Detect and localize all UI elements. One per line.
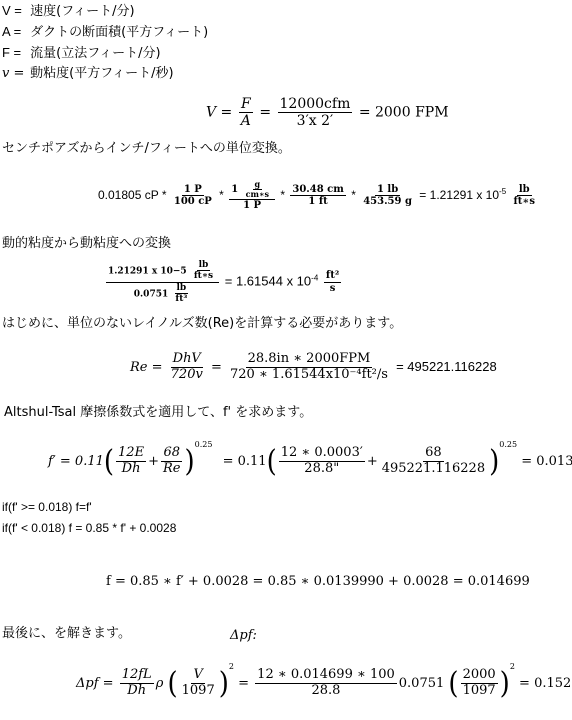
lhs: f′ = 0.11 [48, 454, 104, 469]
density: 0.0751 [399, 676, 445, 691]
definition-v: V = 速度(フィート/分) [2, 3, 208, 24]
numerator: 12E [116, 446, 146, 462]
equals: = [211, 360, 222, 375]
fraction-v-1097: V1097 [180, 668, 217, 699]
right-paren: ) [184, 444, 194, 479]
numerator: 1 P [182, 184, 204, 197]
numerator: lb [197, 260, 211, 271]
plus: + [148, 454, 159, 469]
right-paren: ) [219, 666, 229, 701]
numerator: 68 [161, 446, 182, 462]
fraction-68-re: 68Re [161, 446, 182, 477]
numerator: 68 [423, 446, 444, 462]
numerator: 1 gcm∗s [229, 180, 275, 200]
symbol: v = [2, 66, 26, 82]
denominator: 495221.116228 [380, 462, 487, 477]
definition-nu: v = 動粘度(平方フィート/秒) [2, 66, 208, 87]
exponent: 2 [229, 662, 234, 671]
symbol: A = [2, 24, 26, 40]
times: * [219, 188, 224, 202]
left-paren: ( [104, 444, 114, 479]
numerator: 1 lb [375, 184, 400, 197]
fraction-dhv: DhV720v [169, 352, 205, 383]
numerator: lb [517, 184, 532, 197]
numerator: 12 ∗ 0.0003′ [279, 446, 365, 462]
numerator: V [191, 668, 204, 684]
equals: = [238, 676, 249, 691]
unit-conversion-equation: 0.01805 cP * 1 P100 cP * 1 gcm∗s 1 P * 3… [98, 180, 539, 212]
right-paren: ) [500, 666, 510, 701]
numerator: 12000cfm [278, 96, 353, 113]
condition-2: if(f' < 0.018) f = 0.85 * f' + 0.0028 [2, 521, 176, 535]
description: 速度(フィート/分) [30, 4, 134, 19]
result: = 2000 FPM [359, 105, 449, 121]
unit-conversion-heading: センチポアズからインチ/フィートへの単位変換。 [2, 141, 291, 157]
lhs: V = [206, 105, 232, 121]
result: = 0.013999 [521, 454, 572, 469]
right-paren: ) [489, 444, 499, 479]
unit: lbft³ [173, 283, 189, 305]
equals-coefficient: = 0.11 [223, 454, 267, 469]
rho: ρ [156, 676, 164, 691]
fraction-values: 28.8in ∗ 2000FPM720 ∗ 1.61544x10⁻⁴ft²/s [228, 352, 390, 383]
reynolds-equation: Re = DhV720v = 28.8in ∗ 2000FPM720 ∗ 1.6… [130, 352, 497, 383]
denominator: 0.0751 lbft³ [132, 283, 194, 305]
left-paren: ( [167, 666, 177, 701]
friction-equation: f′ = 0.11(12EDh+68Re)0.25 = 0.11(12 ∗ 0.… [48, 440, 572, 477]
kinematic-heading: 動的粘度から動粘度への変換 [2, 236, 171, 252]
denominator: ft∗s [192, 271, 215, 281]
numerator: lb [175, 283, 189, 294]
left-paren: ( [448, 666, 458, 701]
numerator: 1.21291 x 10−5 lbft∗s [106, 260, 219, 283]
denominator: 3′x 2′ [295, 113, 336, 129]
denominator: 720 ∗ 1.61544x10⁻⁴ft²/s [228, 368, 390, 383]
denominator: 28.8" [302, 462, 341, 477]
friction-heading: Altshul-Tsal 摩擦係数式を適用して、f' を求めます。 [4, 405, 312, 421]
symbol: F = [2, 45, 26, 61]
exponent: 0.25 [195, 440, 213, 449]
denominator: Dh [120, 462, 143, 477]
density: 0.0751 [134, 289, 168, 299]
fraction-lb-g: 1 lb453.59 g [361, 184, 414, 208]
denominator: Re [161, 462, 182, 477]
result-unit: ft²s [324, 270, 341, 294]
denominator: 1097 [180, 684, 217, 699]
denominator: 28.8 [309, 684, 342, 699]
fraction-p-cp: 1 P100 cP [172, 184, 214, 208]
fraction-values: 12 ∗ 0.014699 ∗ 10028.8 [255, 668, 397, 699]
dynamic-viscosity: 1.21291 x 10−5 [108, 266, 187, 276]
f-equation: f = 0.85 ∗ f′ + 0.0028 = 0.85 ∗ 0.013999… [106, 574, 530, 589]
denominator: 1 ft [306, 196, 329, 208]
numerator: ft² [324, 270, 341, 283]
description: ダクトの断面積(平方フィート) [30, 25, 208, 40]
kinematic-fraction: 1.21291 x 10−5 lbft∗s 0.0751 lbft³ [106, 260, 219, 304]
fraction-12fl-dh: 12fLDh [120, 668, 154, 699]
pressure-symbol: Δpf: [230, 628, 257, 643]
pressure-equation: Δpf = 12fLDhρ (V1097)2 = 12 ∗ 0.014699 ∗… [76, 662, 572, 699]
plus: + [367, 454, 378, 469]
unit: lbft∗s [192, 260, 215, 282]
denominator: 720v [169, 368, 205, 383]
denominator: Dh [125, 684, 148, 699]
denominator: ft∗s [512, 196, 537, 208]
denominator: 453.59 g [361, 196, 414, 208]
fraction-cfm: 12000cfm3′x 2′ [278, 96, 353, 129]
numerator: 30.48 cm [290, 184, 345, 197]
result-exponent: -5 [499, 187, 506, 196]
exponent: 2 [510, 662, 515, 671]
fraction-2000-1097: 20001097 [461, 668, 498, 699]
denominator: 100 cP [172, 196, 214, 208]
symbol: V = [2, 3, 26, 19]
fraction-gcms-p: 1 gcm∗s 1 P [229, 180, 275, 212]
description: 流量(立法フィート/分) [30, 46, 160, 61]
numerator: DhV [171, 352, 203, 368]
kinematic-equation: 1.21291 x 10−5 lbft∗s 0.0751 lbft³ = 1.6… [104, 260, 343, 304]
start-value: 0.01805 cP * [98, 188, 167, 202]
lhs: Δpf = [76, 676, 114, 691]
result: = 0.1528 [519, 676, 572, 691]
left-paren: ( [267, 444, 277, 479]
condition-1: if(f' >= 0.018) f=f' [2, 500, 92, 514]
fraction-roughness: 12 ∗ 0.0003′28.8" [279, 446, 365, 477]
result: = 1.61544 x 10 [225, 274, 311, 289]
result: = 1.21291 x 10 [419, 188, 499, 202]
fraction-68-reynolds: 68495221.116228 [380, 446, 487, 477]
lead: 1 [231, 184, 238, 195]
fraction-f-over-a: FA [239, 96, 253, 129]
reynolds-heading: はじめに、単位のないレイノルズ数(Re)を計算する必要があります。 [2, 316, 402, 332]
description: 動粘度(平方フィート/秒) [30, 66, 173, 81]
result-exponent: -4 [311, 273, 318, 282]
result: = 495221.116228 [396, 359, 497, 374]
fraction-12e-dh: 12EDh [116, 446, 146, 477]
denominator: ft³ [173, 294, 189, 304]
inner-fraction: gcm∗s [244, 180, 271, 199]
denominator: 1 P [241, 200, 263, 212]
denominator: cm∗s [244, 190, 271, 199]
denominator: 1097 [461, 684, 498, 699]
numerator: 2000 [461, 668, 498, 684]
result-unit: lbft∗s [512, 184, 537, 208]
definition-f: F = 流量(立法フィート/分) [2, 45, 208, 66]
lhs: Re = [130, 360, 163, 375]
numerator: 28.8in ∗ 2000FPM [246, 352, 373, 368]
denominator: A [239, 113, 253, 129]
variable-definitions: V = 速度(フィート/分) A = ダクトの断面積(平方フィート) F = 流… [2, 3, 208, 87]
times: * [280, 188, 285, 202]
denominator: s [328, 283, 338, 295]
pressure-heading: 最後に、を解きます。 [2, 626, 131, 642]
numerator: F [239, 96, 253, 113]
numerator: 12fL [120, 668, 154, 684]
numerator: 12 ∗ 0.014699 ∗ 100 [255, 668, 397, 684]
times: * [351, 188, 356, 202]
definition-a: A = ダクトの断面積(平方フィート) [2, 24, 208, 45]
fraction-cm-ft: 30.48 cm1 ft [290, 184, 345, 208]
velocity-equation: V = FA = 12000cfm3′x 2′ = 2000 FPM [206, 96, 449, 129]
equals: = [259, 105, 271, 121]
exponent: 0.25 [499, 440, 517, 449]
